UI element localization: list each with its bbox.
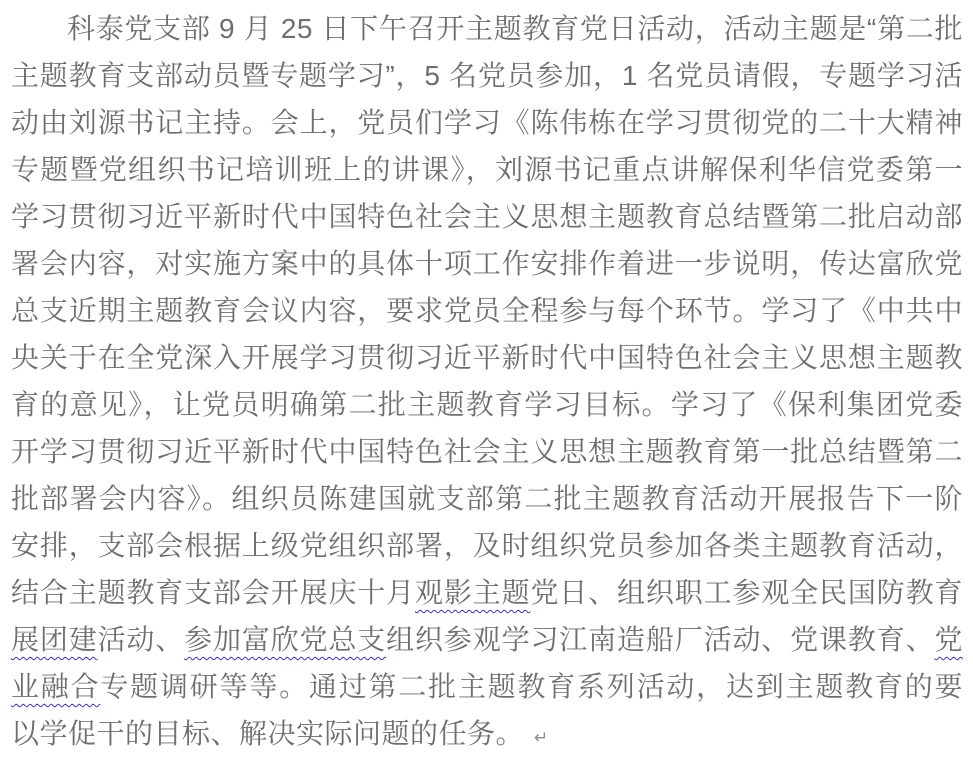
text-segment: 结合主题教育支部会开展庆十月 — [11, 577, 415, 608]
spellcheck-flagged-text[interactable]: 党 — [934, 624, 963, 655]
spellcheck-flagged-text[interactable]: 观影主题 — [415, 577, 530, 608]
paragraph-mark: ↵ — [524, 728, 548, 747]
text-segment: 专题调研等等。通过第二批主题教育系列活动，达到主题教育的要求、 — [11, 671, 963, 710]
text-segment: 署会内容，对实施方案中的具体十项工作安排作着进一步说明，传达富欣党 — [11, 248, 963, 279]
document-page[interactable]: 科泰党支部 9 月 25 日下午召开主题教育党日活动，活动主题是“第二批主题教育… — [0, 0, 973, 765]
text-line[interactable]: 科泰党支部 9 月 25 日下午召开主题教育党日活动，活动主题是“第二批 — [11, 5, 963, 52]
text-segment: 育的意见》，让党员明确第二批主题教育学习目标。学习了《保利集团党委召 — [11, 389, 963, 428]
spellcheck-flagged-text[interactable]: 展团建 — [11, 624, 98, 655]
text-segment: 批部署会内容》。组织员陈建国就支部第二批主题教育活动开展报告下一阶段 — [11, 483, 963, 522]
text-line[interactable]: 主题教育支部动员暨专题学习”，5 名党员参加，1 名党员请假，专题学习活 — [11, 52, 963, 99]
text-segment: 央关于在全党深入开展学习贯彻习近平新时代中国特色社会主义思想主题教 — [11, 342, 963, 373]
text-line[interactable]: 开学习贯彻习近平新时代中国特色社会主义思想主题教育第一批总结暨第二 — [11, 428, 963, 475]
text-line[interactable]: 央关于在全党深入开展学习贯彻习近平新时代中国特色社会主义思想主题教 — [11, 334, 963, 381]
text-segment: 科泰党支部 9 月 25 日下午召开主题教育党日活动，活动主题是“第二批 — [67, 13, 963, 44]
text-segment: 学习贯彻习近平新时代中国特色社会主义思想主题教育总结暨第二批启动部 — [11, 201, 963, 232]
text-segment: 活动、 — [98, 624, 185, 655]
text-line[interactable]: 署会内容，对实施方案中的具体十项工作安排作着进一步说明，传达富欣党 — [11, 240, 963, 287]
text-line[interactable]: 育的意见》，让党员明确第二批主题教育学习目标。学习了《保利集团党委召 — [11, 381, 963, 428]
text-segment: 以学促干的目标、解决实际问题的任务。 — [11, 718, 524, 749]
text-segment: 动由刘源书记主持。会上，党员们学习《陈伟栋在学习贯彻党的二十大精神 — [11, 107, 963, 138]
text-segment: 安排，支部会根据上级党组织部署，及时组织党员参加各类主题教育活动， — [11, 530, 963, 561]
text-line[interactable]: 总支近期主题教育会议内容，要求党员全程参与每个环节。学习了《中共中 — [11, 287, 963, 334]
text-line[interactable]: 结合主题教育支部会开展庆十月观影主题党日、组织职工参观全民国防教育 — [11, 569, 963, 616]
spellcheck-flagged-text[interactable]: 业融合 — [11, 671, 100, 702]
text-line[interactable]: 安排，支部会根据上级党组织部署，及时组织党员参加各类主题教育活动， — [11, 522, 963, 569]
text-line[interactable]: 批部署会内容》。组织员陈建国就支部第二批主题教育活动开展报告下一阶段 — [11, 475, 963, 522]
text-line[interactable]: 以学促干的目标、解决实际问题的任务。↵ — [11, 710, 963, 757]
text-segment: 主题教育支部动员暨专题学习”，5 名党员参加，1 名党员请假，专题学习活 — [11, 60, 963, 91]
text-segment: 总支近期主题教育会议内容，要求党员全程参与每个环节。学习了《中共中 — [11, 295, 963, 326]
text-segment: 党日、组织职工参观全民国防教育 — [530, 577, 963, 608]
text-line[interactable]: 展团建活动、参加富欣党总支组织参观学习江南造船厂活动、党课教育、党 — [11, 616, 963, 663]
text-line[interactable]: 业融合专题调研等等。通过第二批主题教育系列活动，达到主题教育的要求、 — [11, 663, 963, 710]
text-segment: 专题暨党组织书记培训班上的讲课》，刘源书记重点讲解保利华信党委第一批 — [11, 154, 963, 193]
text-line[interactable]: 专题暨党组织书记培训班上的讲课》，刘源书记重点讲解保利华信党委第一批 — [11, 146, 963, 193]
text-segment: 开学习贯彻习近平新时代中国特色社会主义思想主题教育第一批总结暨第二 — [11, 436, 963, 467]
text-line[interactable]: 学习贯彻习近平新时代中国特色社会主义思想主题教育总结暨第二批启动部 — [11, 193, 963, 240]
text-line[interactable]: 动由刘源书记主持。会上，党员们学习《陈伟栋在学习贯彻党的二十大精神 — [11, 99, 963, 146]
text-segment: 组织参观学习江南造船厂活动、党课教育、 — [386, 624, 934, 655]
spellcheck-flagged-text[interactable]: 参加富欣党总支 — [184, 624, 386, 655]
